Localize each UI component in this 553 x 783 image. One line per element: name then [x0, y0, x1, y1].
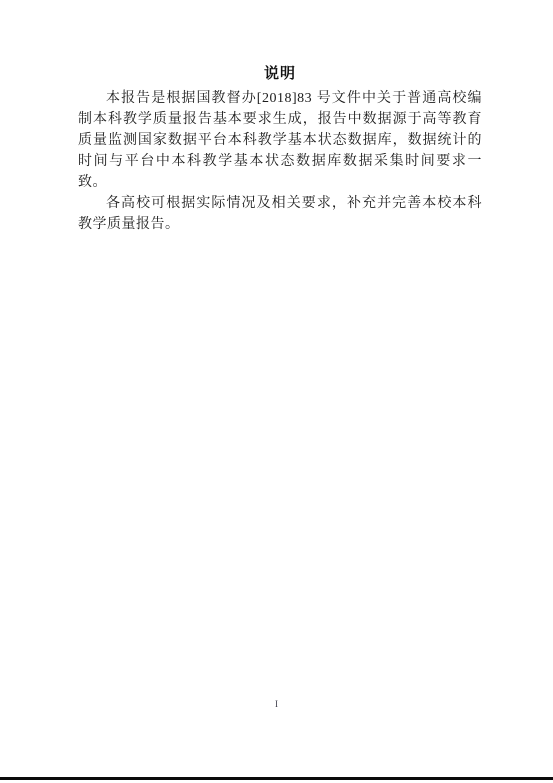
paragraph-university-supplement: 各高校可根据实际情况及相关要求，补充并完善本校本科教学质量报告。 [78, 193, 482, 235]
page-number: I [0, 699, 553, 709]
paragraph-report-source: 本报告是根据国教督办[2018]83 号文件中关于普通高校编制本科教学质量报告基… [78, 88, 482, 193]
document-body: 说明 本报告是根据国教督办[2018]83 号文件中关于普通高校编制本科教学质量… [78, 64, 482, 235]
page-title: 说明 [78, 64, 482, 85]
document-page: 说明 本报告是根据国教督办[2018]83 号文件中关于普通高校编制本科教学质量… [0, 0, 553, 783]
scan-edge-divider [0, 777, 553, 780]
